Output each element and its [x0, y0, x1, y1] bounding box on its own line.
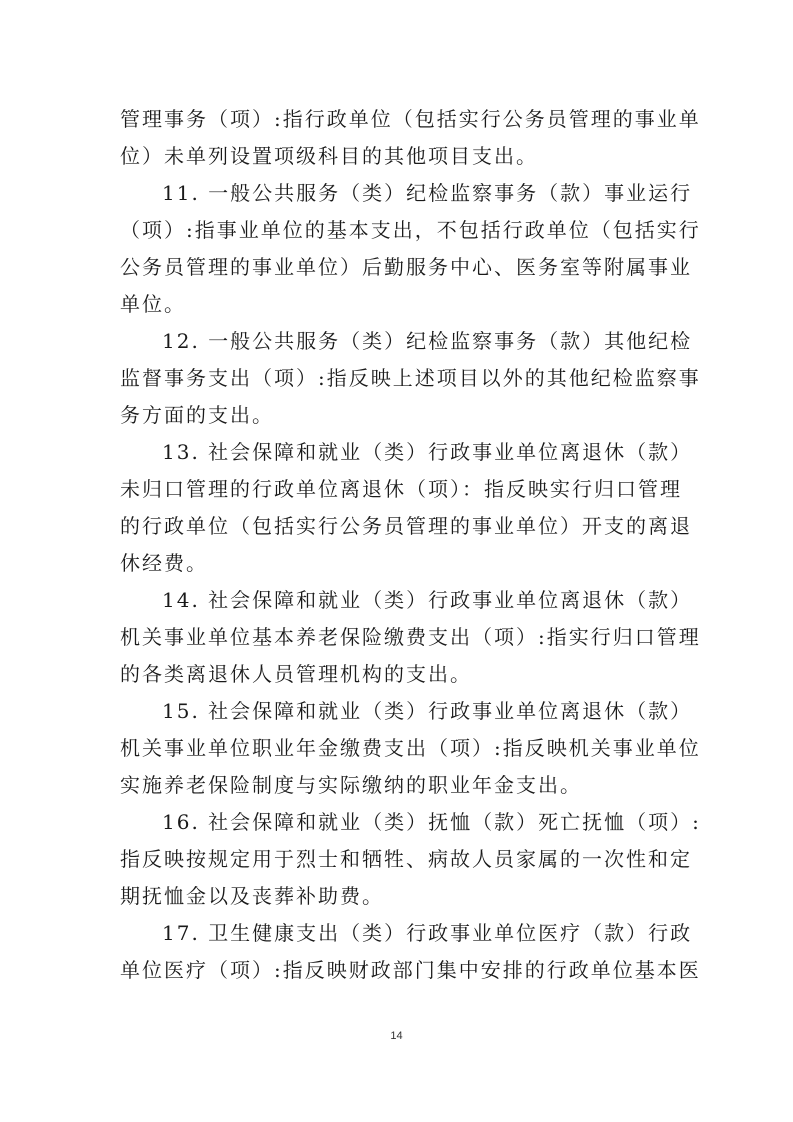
- paragraph-first-line: 13. 社会保障和就业（类）行政事业单位离退休（款）: [120, 434, 676, 471]
- text-line: 指反映按规定用于烈士和牺牲、病故人员家属的一次性和定: [120, 841, 676, 878]
- text-line: 单位医疗（项）:指反映财政部门集中安排的行政单位基本医: [120, 952, 676, 989]
- text-line: 期抚恤金以及丧葬补助费。: [120, 878, 676, 915]
- text-line: 监督事务支出（项）:指反映上述项目以外的其他纪检监察事: [120, 360, 676, 397]
- text-line: 单位。: [120, 286, 676, 323]
- text-line: 公务员管理的事业单位）后勤服务中心、医务室等附属事业: [120, 249, 676, 286]
- text-line: （项）:指事业单位的基本支出，不包括行政单位（包括实行: [120, 212, 676, 249]
- text-line: 管理事务（项）:指行政单位（包括实行公务员管理的事业单: [120, 101, 676, 138]
- page-number: 14: [0, 1030, 793, 1042]
- text-line: 机关事业单位基本养老保险缴费支出（项）:指实行归口管理: [120, 619, 676, 656]
- text-line: 机关事业单位职业年金缴费支出（项）:指反映机关事业单位: [120, 730, 676, 767]
- paragraph-first-line: 17. 卫生健康支出（类）行政事业单位医疗（款）行政: [120, 915, 676, 952]
- paragraph-first-line: 15. 社会保障和就业（类）行政事业单位离退休（款）: [120, 693, 676, 730]
- text-line: 的各类离退休人员管理机构的支出。: [120, 656, 676, 693]
- paragraph-first-line: 12. 一般公共服务（类）纪检监察事务（款）其他纪检: [120, 323, 676, 360]
- paragraph-first-line: 16. 社会保障和就业（类）抚恤（款）死亡抚恤（项）:: [120, 804, 676, 841]
- text-line: 实施养老保险制度与实际缴纳的职业年金支出。: [120, 767, 676, 804]
- text-line: 务方面的支出。: [120, 397, 676, 434]
- text-line: 的行政单位（包括实行公务员管理的事业单位）开支的离退: [120, 508, 676, 545]
- text-line: 位）未单列设置项级科目的其他项目支出。: [120, 138, 676, 175]
- document-page: 管理事务（项）:指行政单位（包括实行公务员管理的事业单位）未单列设置项级科目的其…: [0, 0, 793, 1122]
- paragraph-first-line: 11. 一般公共服务（类）纪检监察事务（款）事业运行: [120, 175, 676, 212]
- paragraph-first-line: 14. 社会保障和就业（类）行政事业单位离退休（款）: [120, 582, 676, 619]
- text-line: 未归口管理的行政单位离退休（项）：指反映实行归口管理: [120, 471, 676, 508]
- body-text: 管理事务（项）:指行政单位（包括实行公务员管理的事业单位）未单列设置项级科目的其…: [120, 101, 676, 989]
- text-line: 休经费。: [120, 545, 676, 582]
